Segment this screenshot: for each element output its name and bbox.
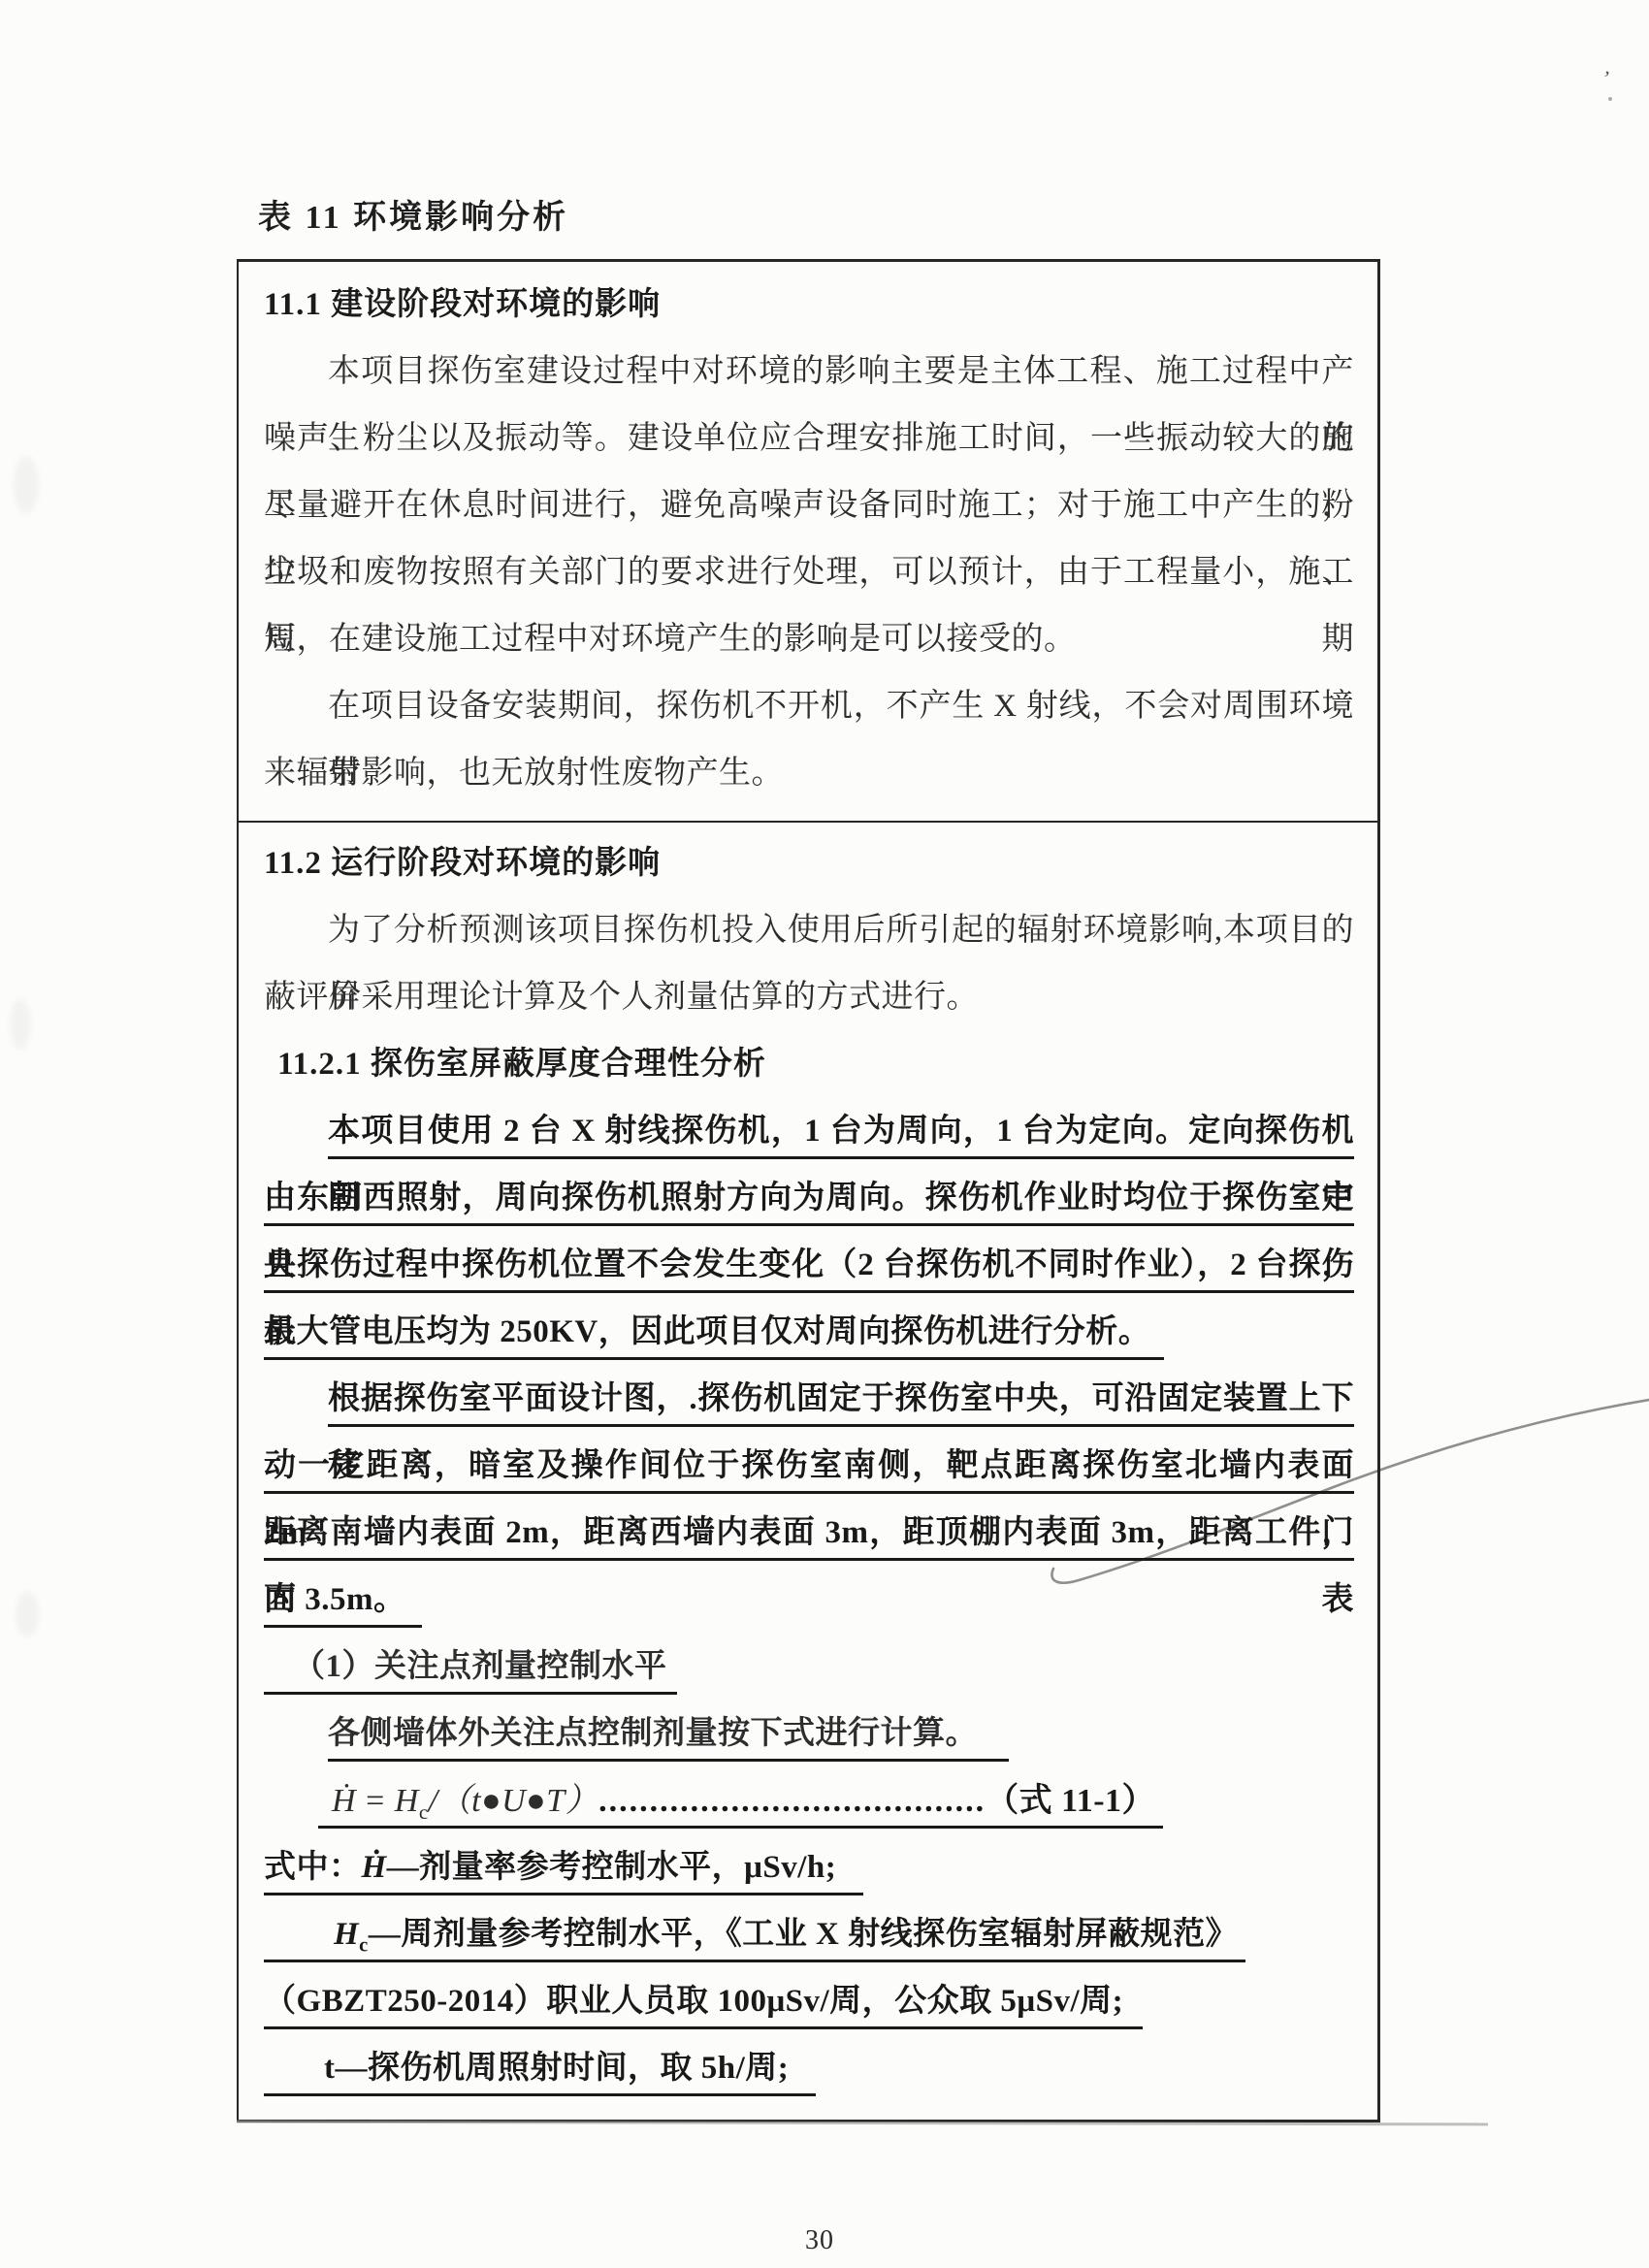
section-heading: 11.2 运行阶段对环境的影响 bbox=[264, 830, 1354, 897]
where-prefix: 式中： bbox=[264, 1850, 362, 1885]
text-line: 为了分析预测该项目探伤机投入使用后所引起的辐射环境影响,本项目的屏 bbox=[264, 897, 1354, 964]
page-number: 30 bbox=[0, 2225, 1639, 2256]
h-dot-symbol: Ḣ bbox=[332, 1783, 356, 1819]
text-line: 在项目设备安装期间，探伤机不开机，不产生 X 射线，不会对周围环境带 bbox=[264, 673, 1354, 740]
formula-line: Ḣ=Hc/（t●U●T）............................… bbox=[264, 1767, 1354, 1834]
scan-smudge bbox=[10, 999, 31, 1050]
hc-text: —周剂量参考控制水平，《工业 X 射线探伤室辐射屏蔽规范》 bbox=[369, 1917, 1238, 1952]
underlined-text: （1）关注点剂量控制水平 bbox=[264, 1634, 677, 1701]
underlined-line: 本项目使用 2 台 X 射线探伤机，1 台为周向，1 台为定向。定向探伤机固定 bbox=[328, 1098, 1354, 1165]
impact-analysis-table: 11.1 建设阶段对环境的影响 本项目探伤室建设过程中对环境的影响主要是主体工程… bbox=[237, 259, 1380, 2122]
underlined-text: 面 3.5m。 bbox=[264, 1567, 422, 1634]
where-text: —剂量率参考控制水平，μSv/h; bbox=[387, 1850, 837, 1885]
equals-sign: = bbox=[356, 1783, 395, 1819]
text-line: 本项目探伤室建设过程中对环境的影响主要是主体工程、施工过程中产生的 bbox=[264, 339, 1354, 405]
scan-mark: ’ bbox=[1600, 66, 1612, 92]
underlined-line: 且探伤过程中探伤机位置不会发生变化（2 台探伤机不同时作业），2 台探伤机 bbox=[264, 1232, 1354, 1299]
section-operation-phase: 11.2 运行阶段对环境的影响 为了分析预测该项目探伤机投入使用后所引起的辐射环… bbox=[239, 821, 1377, 2120]
t-definition-line: t—探伤机周照射时间，取 5h/周; bbox=[264, 2035, 1354, 2102]
text-line: 垃圾和废物按照有关部门的要求进行处理，可以预计，由于工程量小，施工周期 bbox=[264, 539, 1354, 606]
where-line: 式中：Ḣ—剂量率参考控制水平，μSv/h; bbox=[264, 1834, 1354, 1901]
underlined-line: 最大管电压均为 250KV，因此项目仅对周向探伤机进行分析。 bbox=[264, 1299, 1354, 1366]
subsection-heading: 11.2.1 探伤室屏蔽厚度合理性分析 bbox=[277, 1031, 1354, 1098]
underlined-text: 最大管电压均为 250KV，因此项目仅对周向探伤机进行分析。 bbox=[264, 1299, 1164, 1366]
underlined-line: 距离南墙内表面 2m，距离西墙内表面 3m，距顶棚内表面 3m，距离工件门内表 bbox=[264, 1500, 1354, 1567]
scan-dot bbox=[1608, 97, 1612, 101]
section-heading: 11.1 建设阶段对环境的影响 bbox=[264, 272, 1354, 339]
list-item-1: （1）关注点剂量控制水平 bbox=[264, 1634, 1354, 1701]
dot-leader: ...................................... bbox=[598, 1783, 986, 1819]
hc-subscript: c bbox=[419, 1800, 429, 1824]
hc-symbol: H bbox=[395, 1783, 419, 1819]
formula-body: /（t●U●T） bbox=[429, 1783, 598, 1819]
underlined-line: 动一定距离，暗室及操作间位于探伤室南侧，靶点距离探伤室北墙内表面 2m， bbox=[264, 1433, 1354, 1500]
underlined-text: （GBZT250-2014）职业人员取 100μSv/周，公众取 5μSv/周; bbox=[264, 1968, 1143, 2035]
text-line: 尽量避开在休息时间进行，避免高噪声设备同时施工；对于施工中产生的粉尘、 bbox=[264, 472, 1354, 539]
underlined-line: 根据探伤室平面设计图，.探伤机固定于探伤室中央，可沿固定装置上下移 bbox=[328, 1366, 1354, 1433]
text-line: 噪声、粉尘以及振动等。建设单位应合理安排施工时间，一些振动较大的施工， bbox=[264, 405, 1354, 472]
section-construction-phase: 11.1 建设阶段对环境的影响 本项目探伤室建设过程中对环境的影响主要是主体工程… bbox=[239, 262, 1377, 821]
page-title: 表 11 环境影响分析 bbox=[258, 190, 568, 238]
hc-subscript: c bbox=[359, 1935, 369, 1957]
hc-definition-line: Hc—周剂量参考控制水平，《工业 X 射线探伤室辐射屏蔽规范》 bbox=[264, 1901, 1354, 1968]
scan-smudge bbox=[16, 1591, 39, 1637]
formula-label: （式 11-1） bbox=[986, 1783, 1155, 1819]
calc-intro-line: 各侧墙体外关注点控制剂量按下式进行计算。 bbox=[264, 1701, 1354, 1767]
text-line: 蔽评价采用理论计算及个人剂量估算的方式进行。 bbox=[264, 964, 1354, 1031]
hc-symbol: H bbox=[334, 1917, 359, 1952]
document-page: ’ 表 11 环境影响分析 11.1 建设阶段对环境的影响 本项目探伤室建设过程… bbox=[0, 0, 1649, 2268]
scan-smudge bbox=[14, 456, 39, 514]
text-line: 来辐射影响，也无放射性废物产生。 bbox=[264, 740, 1354, 807]
underlined-text: 各侧墙体外关注点控制剂量按下式进行计算。 bbox=[328, 1701, 1009, 1767]
underlined-text: 式中：Ḣ—剂量率参考控制水平，μSv/h; bbox=[264, 1834, 863, 1901]
h-dot-symbol: Ḣ bbox=[362, 1850, 387, 1885]
underlined-text: t—探伤机周照射时间，取 5h/周; bbox=[264, 2035, 816, 2102]
underlined-line: 由东朝西照射，周向探伤机照射方向为周向。探伤机作业时均位于探伤室中央， bbox=[264, 1165, 1354, 1232]
